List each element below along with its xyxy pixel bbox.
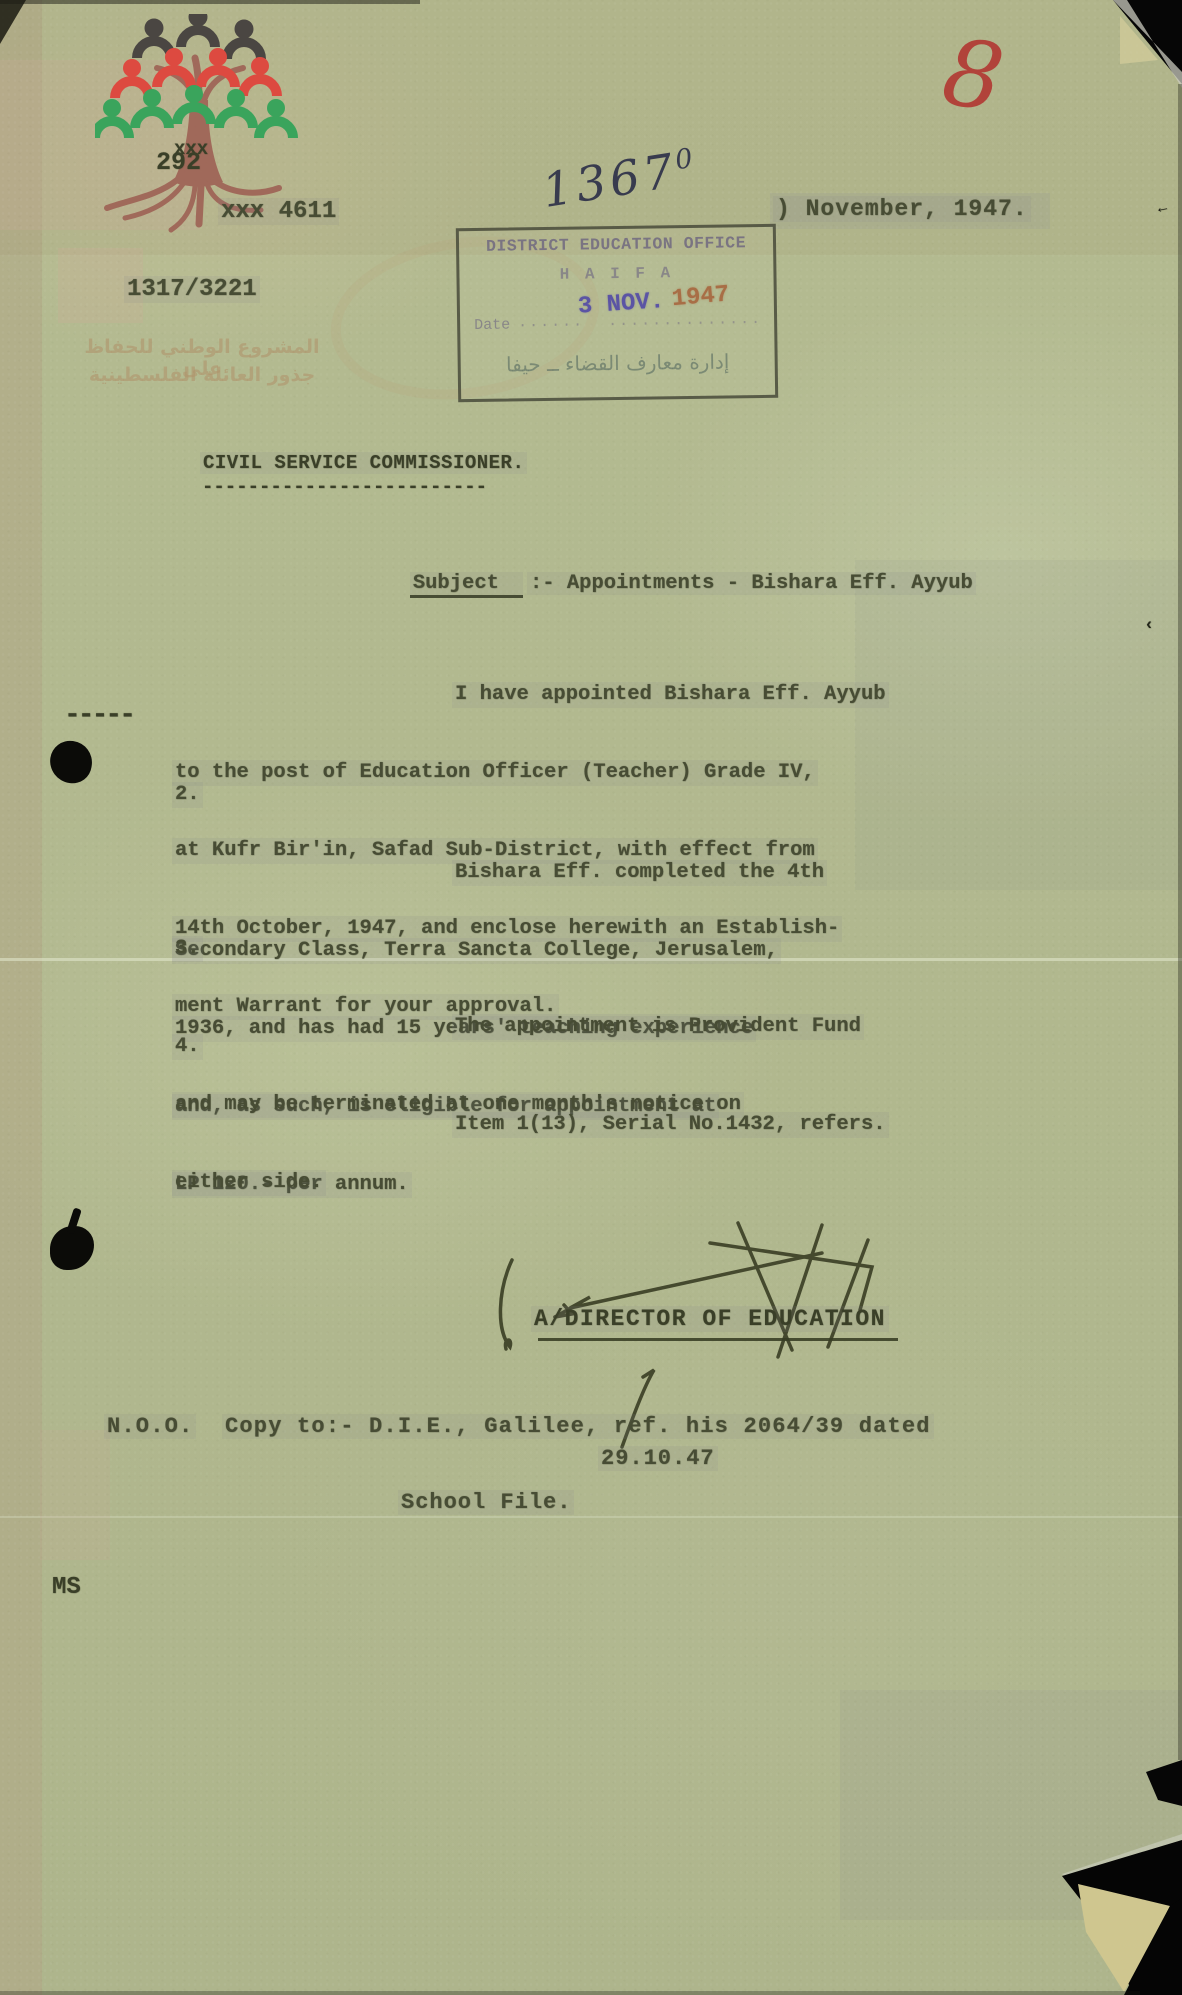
top-right-tear bbox=[1113, 0, 1182, 84]
paper-stain bbox=[40, 1430, 110, 1560]
watermark-arabic-line2: جذور العائلة الفلسطينية bbox=[84, 364, 320, 386]
stamp-date-label: Date bbox=[474, 316, 510, 334]
document-paper: المشروع الوطني للحفاظ على جذور العائلة ا… bbox=[0, 0, 1182, 1995]
paragraph-4: 4. Item 1(13), Serial No.1432, refers. bbox=[172, 1034, 889, 1190]
district-education-office-stamp: DISTRICT EDUCATION OFFICE H A I F A Date… bbox=[456, 224, 778, 402]
signatory-title: A/DIRECTOR OF EDUCATION bbox=[531, 1306, 889, 1332]
stamp-date-dots-right: .............. bbox=[608, 311, 762, 330]
addressee-underline: ------------------------- bbox=[202, 478, 487, 497]
stamp-date-year: 1947 bbox=[671, 281, 731, 313]
typed-file-number: 1317/3221 bbox=[124, 276, 260, 303]
typist-initials: MS bbox=[52, 1574, 81, 1601]
addressee-line: CIVIL SERVICE COMMISSIONER. bbox=[200, 452, 527, 474]
stray-ink-mark: ← bbox=[1157, 199, 1169, 217]
para3-number: 3. bbox=[172, 936, 203, 962]
scanned-letter-page: المشروع الوطني للحفاظ على جذور العائلة ا… bbox=[0, 0, 1182, 1995]
handwritten-serial-number: 13670 bbox=[539, 140, 702, 219]
stamp-arabic-line: إدارة معارف القضاء ــ حيفا bbox=[461, 349, 775, 377]
paper-edge-strip bbox=[0, 0, 42, 1995]
stamp-office-name: DISTRICT EDUCATION OFFICE bbox=[459, 233, 773, 256]
subject-label: Subject bbox=[410, 572, 523, 598]
para4-number: 4. bbox=[172, 1034, 203, 1060]
paper-crease bbox=[0, 1516, 1182, 1518]
stray-ink-mark: ‹ bbox=[1144, 616, 1154, 635]
serial-superscript: 0 bbox=[673, 142, 699, 176]
top-left-edge bbox=[0, 0, 26, 44]
typed-date-line: ) November, 1947. bbox=[773, 196, 1031, 222]
serial-main: 1367 bbox=[539, 143, 682, 219]
signature-paraph bbox=[500, 1260, 512, 1349]
copy-date: 29.10.47 bbox=[598, 1446, 718, 1471]
noo-label: N.O.O. bbox=[104, 1414, 196, 1439]
punch-hole bbox=[47, 738, 94, 785]
typed-ref-292: 292 bbox=[156, 148, 201, 177]
bottom-right-tear bbox=[1062, 1840, 1182, 1995]
para2-line: Bishara Eff. completed the 4th bbox=[452, 860, 827, 886]
para1-line: I have appointed Bishara Eff. Ayyub bbox=[452, 682, 889, 708]
subject-line: Subject:- Appointments - Bishara Eff. Ay… bbox=[336, 549, 976, 618]
watermark-arabic-line1: المشروع الوطني للحفاظ على bbox=[84, 336, 320, 380]
para4-line: Item 1(13), Serial No.1432, refers. bbox=[452, 1112, 889, 1138]
school-file-line: School File. bbox=[398, 1490, 574, 1515]
handwritten-page-number: 8 bbox=[936, 18, 1011, 133]
logo-people-dark bbox=[137, 14, 261, 59]
para2-number: 2. bbox=[172, 782, 203, 808]
paper-smudge bbox=[840, 1690, 1182, 1920]
stamp-date-dots-left: ...... bbox=[518, 313, 584, 331]
typed-ref-4611: xxx 4611 bbox=[218, 198, 339, 225]
subject-text: :- Appointments - Bishara Eff. Ayyub bbox=[527, 572, 976, 595]
torn-flap bbox=[1078, 1884, 1170, 1992]
margin-dashes: ----- bbox=[64, 700, 133, 731]
copy-to-line: Copy to:- D.I.E., Galilee, ref. his 2064… bbox=[222, 1414, 934, 1439]
right-edge-notch bbox=[1146, 1760, 1182, 1806]
